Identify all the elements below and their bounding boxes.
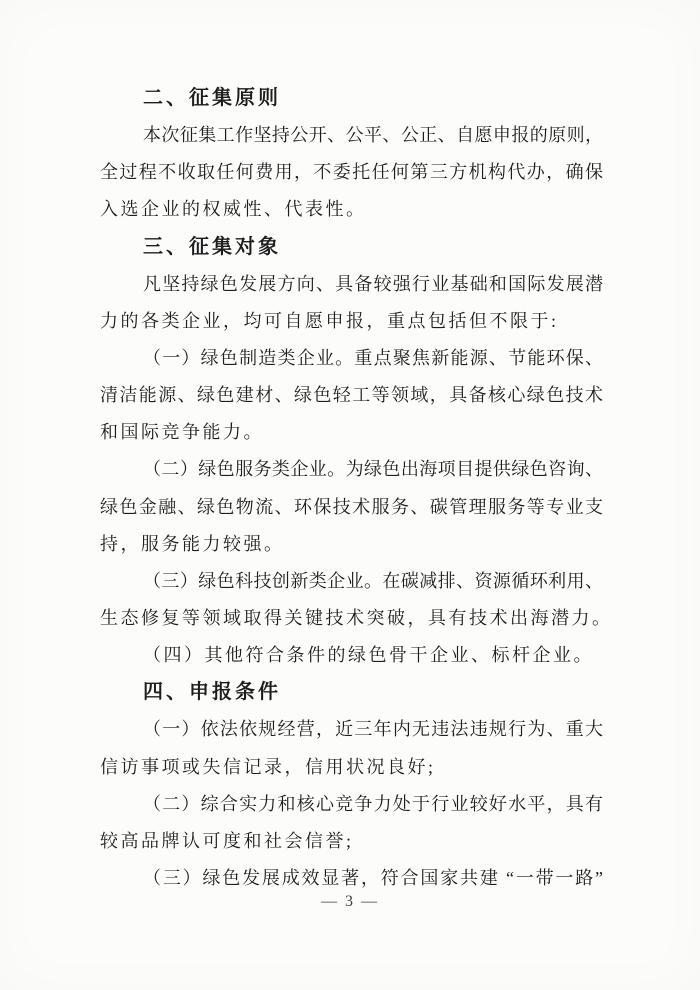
text-line: （二）综合实力和核心竞争力处于行业较好水平，具有: [100, 786, 603, 823]
text-line: （一）绿色制造类企业。重点聚焦新能源、节能环保、: [100, 340, 603, 377]
page-number: — 3 —: [0, 893, 700, 911]
section-heading: 四、申报条件: [100, 674, 603, 711]
text-line: 凡坚持绿色发展方向、具备较强行业基础和国际发展潜: [100, 266, 603, 303]
text-line: 生态修复等领域取得关键技术突破，具有技术出海潜力。: [100, 600, 603, 637]
text-line: 本次征集工作坚持公开、公平、公正、自愿申报的原则，: [100, 117, 603, 154]
text-line: 清洁能源、绿色建材、绿色轻工等领域，具备核心绿色技术: [100, 377, 603, 414]
text-line: 力的各类企业，均可自愿申报，重点包括但不限于:: [100, 303, 603, 340]
text-line: 绿色金融、绿色物流、环保技术服务、碳管理服务等专业支: [100, 489, 603, 526]
text-line: （四）其他符合条件的绿色骨干企业、标杆企业。: [100, 637, 603, 674]
text-line: 入选企业的权威性、代表性。: [100, 191, 603, 228]
text-line: 全过程不收取任何费用，不委托任何第三方机构代办，确保: [100, 154, 603, 191]
text-line: 信访事项或失信记录，信用状况良好;: [100, 749, 603, 786]
text-line: （二）绿色服务类企业。为绿色出海项目提供绿色咨询、: [100, 451, 603, 488]
text-line: 持，服务能力较强。: [100, 526, 603, 563]
text-line: 和国际竞争能力。: [100, 414, 603, 451]
section-heading: 三、征集对象: [100, 229, 603, 266]
text-line: 较高品牌认可度和社会信誉;: [100, 823, 603, 860]
text-line: （三）绿色科技创新类企业。在碳减排、资源循环利用、: [100, 563, 603, 600]
text-line: （一）依法依规经营，近三年内无违法违规行为、重大: [100, 711, 603, 748]
document-page: 二、征集原则本次征集工作坚持公开、公平、公正、自愿申报的原则，全过程不收取任何费…: [0, 0, 700, 990]
document-body: 二、征集原则本次征集工作坚持公开、公平、公正、自愿申报的原则，全过程不收取任何费…: [100, 80, 603, 897]
text-line: （三）绿色发展成效显著，符合国家共建 “一带一路”: [100, 860, 603, 897]
section-heading: 二、征集原则: [100, 80, 603, 117]
